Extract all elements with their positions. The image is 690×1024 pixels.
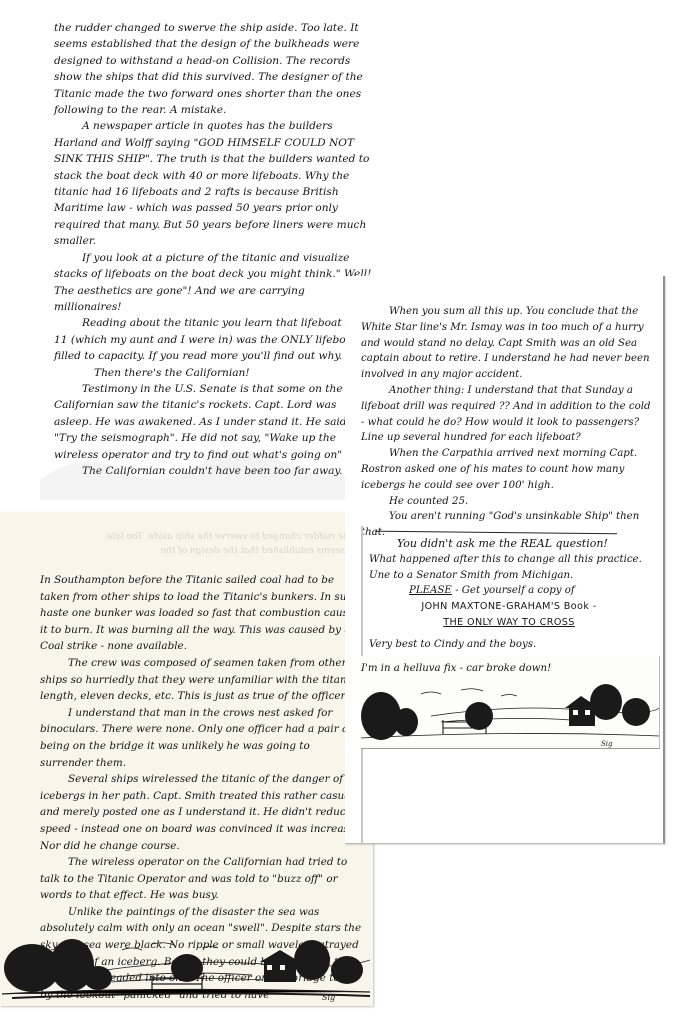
page-2-handwriting: When you sum all this up. You conclude t…	[361, 304, 657, 541]
book-author: JOHN MAXTONE-GRAHAM'S Book -	[369, 599, 649, 615]
paragraph: In Southampton before the Titanic sailed…	[40, 572, 365, 655]
faint-landscape-show-through	[40, 430, 360, 500]
paragraph: If you look at a picture of the titanic …	[54, 250, 374, 316]
landscape-sketch-illustration: Sig	[361, 672, 659, 748]
real-question: You didn't ask me the REAL question!	[369, 536, 649, 552]
svg-text:Sig: Sig	[322, 993, 335, 1002]
svg-text:Sig: Sig	[601, 740, 613, 748]
show-through-text: The rudder changed to swerve the ship as…	[95, 530, 355, 558]
closing: Very best to Cindy and the boys.	[369, 637, 649, 653]
paragraph: The wireless operator on the Californian…	[40, 854, 365, 904]
letter-page-1: the rudder changed to swerve the ship as…	[40, 0, 392, 515]
landscape-sketch-illustration: Sig	[2, 920, 370, 1002]
paragraph: He counted 25.	[361, 494, 657, 510]
paragraph: Several ships wirelessed the titanic of …	[40, 771, 365, 854]
paragraph: Reading about the titanic you learn that…	[54, 315, 374, 364]
please-rest: - Get yourself a copy of	[455, 585, 575, 596]
paragraph: When you sum all this up. You conclude t…	[361, 304, 657, 383]
paragraph: Then there's the Californian!	[54, 365, 374, 381]
book-title: THE ONLY WAY TO CROSS	[369, 615, 649, 631]
paragraph: The crew was composed of seamen taken fr…	[40, 655, 365, 705]
paragraph: Another thing: I understand that that Su…	[361, 383, 657, 446]
after-text: What happened after this to change all t…	[369, 552, 649, 584]
letter-page-3: The rudder changed to swerve the ship as…	[0, 512, 373, 1006]
letter-page-2: When you sum all this up. You conclude t…	[345, 276, 665, 844]
please-emphasis: PLEASE	[409, 585, 452, 596]
page-1-handwriting: the rudder changed to swerve the ship as…	[54, 20, 374, 479]
paragraph: A newspaper article in quotes has the bu…	[54, 118, 374, 249]
paragraph: When the Carpathia arrived next morning …	[361, 446, 657, 493]
paragraph: the rudder changed to swerve the ship as…	[54, 20, 374, 118]
paragraph: I understand that man in the crows nest …	[40, 705, 365, 771]
